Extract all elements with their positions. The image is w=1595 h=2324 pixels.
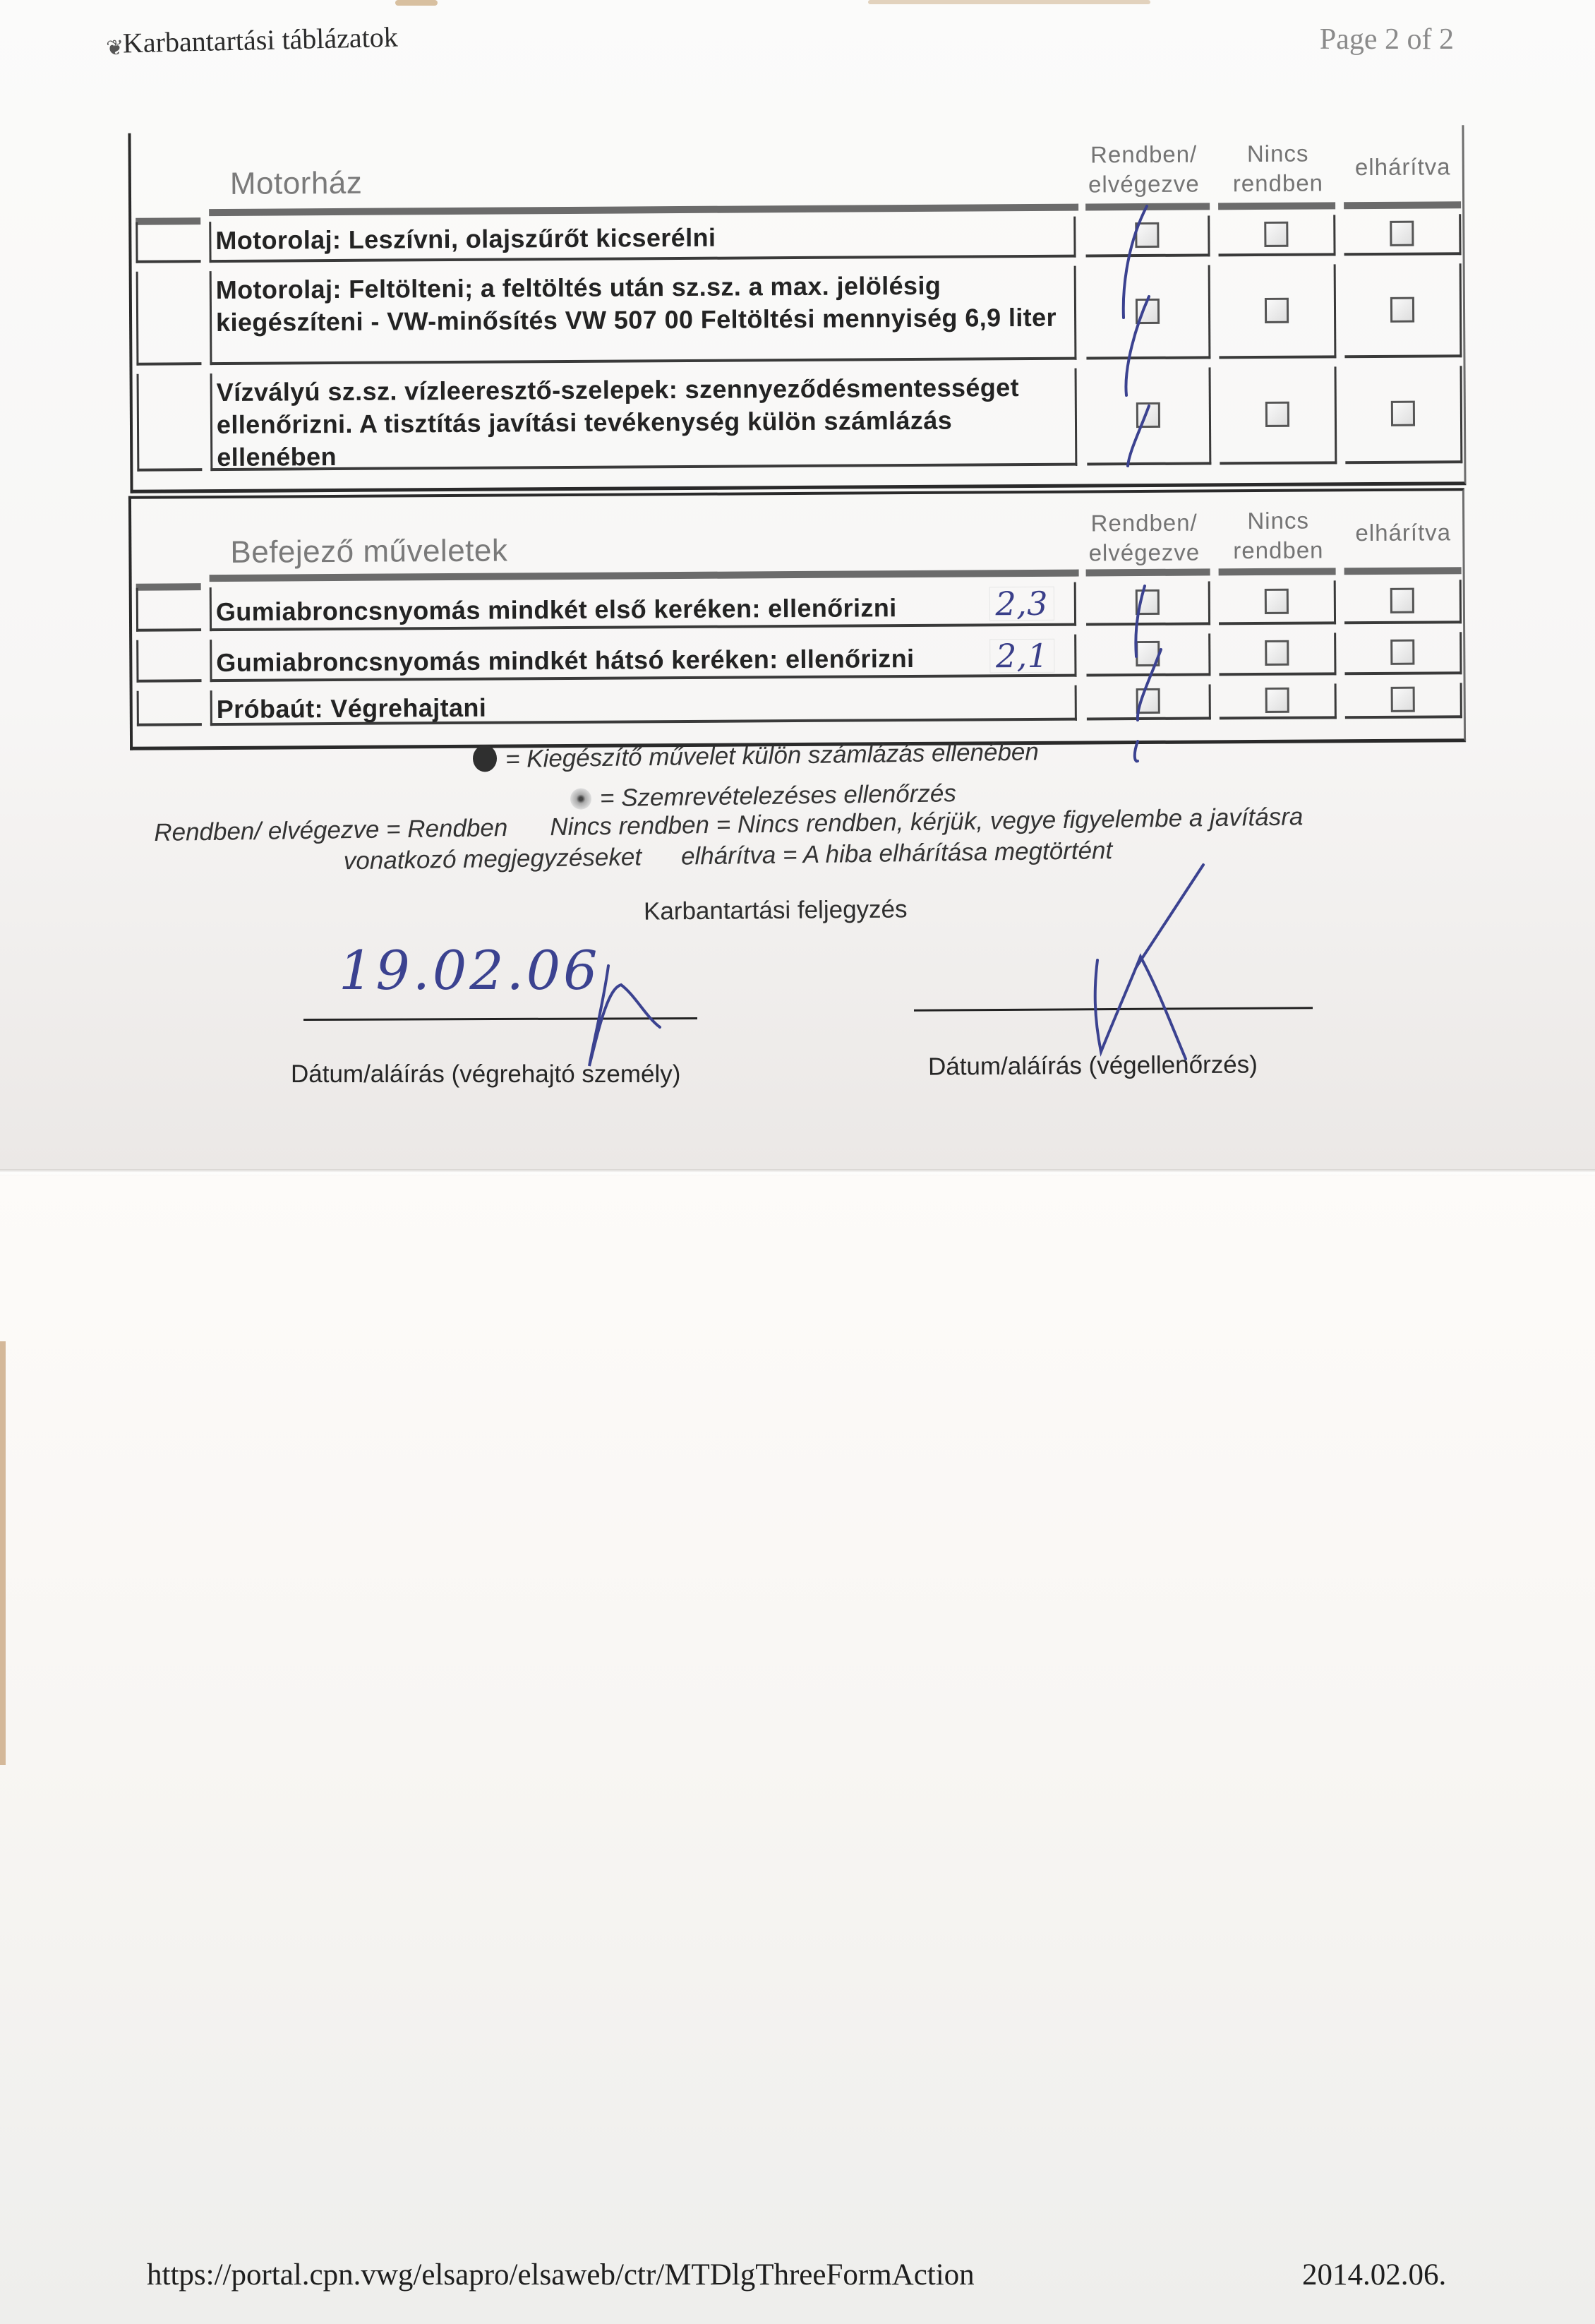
handwritten-rear-pressure: 2,1	[989, 639, 1055, 673]
column-header-rendben: Rendben/ elvégezve	[1077, 508, 1212, 568]
column-header-line: elvégezve	[1077, 537, 1211, 568]
column-header-line: Rendben/	[1077, 139, 1211, 169]
checkbox-rendben[interactable]	[1136, 402, 1160, 428]
footer-url: https://portal.cpn.vwg/elsapro/elsaweb/c…	[147, 2258, 975, 2292]
row-stub	[136, 640, 201, 683]
table-row: Próbaút: Végrehajtani	[133, 677, 1464, 729]
cell-elharitva	[1344, 263, 1462, 358]
row-text: Motorolaj: Leszívni, olajszűrőt kicserél…	[209, 217, 1076, 263]
background-table-edge-top-right	[868, 0, 1150, 4]
paper-fold	[0, 1169, 1595, 1176]
cell-rendben	[1085, 215, 1210, 257]
column-header-nincs-rendben: Nincs rendben	[1211, 505, 1346, 565]
row-stub	[136, 587, 201, 632]
table-row: Gumiabroncsnyomás mindkét hátsó keréken:…	[132, 626, 1463, 685]
column-header-nincs-rendben: Nincs rendben	[1211, 138, 1346, 198]
column-header-line: Nincs	[1211, 505, 1345, 536]
table-row: Motorolaj: Feltölteni; a feltöltés után …	[132, 258, 1464, 369]
document-title-text: Karbantartási táblázatok	[122, 21, 398, 59]
checkbox-rendben[interactable]	[1136, 641, 1160, 666]
checkbox-elharitva[interactable]	[1390, 401, 1414, 426]
definition-nincs-rendben-cont: vonatkozó megjegyzéseket	[344, 843, 642, 875]
row-text-label: Gumiabroncsnyomás mindkét hátsó keréken:…	[216, 644, 914, 677]
checkbox-rendben[interactable]	[1135, 589, 1159, 615]
cell-nincs-rendben	[1220, 366, 1337, 465]
definition-elharitva: elhárítva = A hiba elhárítása megtörtént	[681, 837, 1113, 870]
cell-nincs-rendben	[1219, 633, 1336, 676]
column-header-rendben: Rendben/ elvégezve	[1077, 139, 1212, 199]
cell-nincs-rendben	[1219, 580, 1336, 625]
checkbox-elharitva[interactable]	[1390, 588, 1414, 613]
column-header-elharitva: elhárítva	[1340, 152, 1467, 182]
cell-elharitva	[1344, 214, 1461, 256]
definition-rendben: Rendben/ elvégezve = Rendben	[154, 814, 508, 846]
checkbox-elharitva[interactable]	[1390, 221, 1414, 246]
row-text: Gumiabroncsnyomás mindkét hátsó keréken:…	[210, 635, 1076, 683]
cell-elharitva	[1345, 366, 1463, 464]
row-stub	[136, 222, 200, 263]
handwritten-front-pressure: 2,3	[989, 587, 1054, 621]
background-table-edge	[0, 1341, 6, 1765]
checkbox-elharitva[interactable]	[1390, 687, 1414, 712]
section-title: Motorház	[230, 166, 363, 202]
checkbox-nincs-rendben[interactable]	[1265, 640, 1289, 666]
column-header-line: Rendben/	[1077, 508, 1211, 538]
row-text: Próbaút: Végrehajtani	[210, 685, 1077, 726]
background-table-edge-top	[395, 0, 438, 6]
table-row: Vízvályú sz.sz. vízleeresztő-szelepek: s…	[132, 360, 1464, 474]
checkbox-rendben[interactable]	[1135, 222, 1159, 248]
cell-rendben	[1087, 367, 1212, 465]
section-header: Befejező műveletek Rendben/ elvégezve Ni…	[131, 491, 1463, 577]
cell-elharitva	[1344, 580, 1462, 624]
checkbox-elharitva[interactable]	[1390, 297, 1414, 322]
checkbox-nincs-rendben[interactable]	[1264, 589, 1288, 614]
cell-elharitva	[1345, 683, 1462, 719]
final-check-signature-label: Dátum/aláírás (végellenőrzés)	[928, 1050, 1258, 1081]
column-header-line: Nincs	[1211, 138, 1345, 169]
cell-rendben	[1087, 684, 1211, 720]
section-header: Motorház Rendben/ elvégezve Nincs rendbe…	[131, 125, 1462, 211]
column-header-elharitva: elhárítva	[1340, 517, 1467, 548]
print-header: ❦Karbantartási táblázatok Page 2 of 2	[106, 21, 1454, 64]
row-stub	[137, 690, 202, 726]
table-row: Motorolaj: Leszívni, olajszűrőt kicserél…	[131, 208, 1462, 266]
checkbox-rendben[interactable]	[1136, 688, 1160, 714]
cell-nincs-rendben	[1220, 683, 1337, 719]
row-stub	[137, 373, 203, 472]
row-text-label: Gumiabroncsnyomás mindkét első keréken: …	[216, 593, 897, 626]
page-indicator: Page 2 of 2	[1320, 23, 1454, 56]
cell-rendben	[1086, 633, 1210, 676]
table-row: Gumiabroncsnyomás mindkét első keréken: …	[132, 574, 1463, 635]
cell-elharitva	[1344, 632, 1462, 675]
cell-nincs-rendben	[1218, 215, 1335, 256]
section-motorhaz: Motorház Rendben/ elvégezve Nincs rendbe…	[128, 125, 1466, 493]
paper-lower-half	[0, 1172, 1595, 2324]
cell-nincs-rendben	[1219, 264, 1337, 359]
checkbox-elharitva[interactable]	[1390, 640, 1414, 665]
section-befejezo-muveletek: Befejező műveletek Rendben/ elvégezve Ni…	[128, 488, 1466, 750]
maintenance-log-title: Karbantartási feljegyzés	[644, 895, 908, 926]
checkbox-nincs-rendben[interactable]	[1264, 297, 1288, 323]
row-text: Gumiabroncsnyomás mindkét első keréken: …	[210, 582, 1076, 632]
checkbox-nincs-rendben[interactable]	[1265, 688, 1289, 713]
row-text: Motorolaj: Feltölteni; a feltöltés után …	[210, 266, 1077, 365]
footer-date: 2014.02.06.	[1302, 2258, 1446, 2292]
row-text: Vízvályú sz.sz. vízleeresztő-szelepek: s…	[210, 369, 1078, 471]
executor-signature-label: Dátum/aláírás (végrehajtó személy)	[291, 1060, 680, 1089]
checkbox-nincs-rendben[interactable]	[1264, 222, 1288, 247]
handwritten-date: 19.02.06	[339, 939, 600, 1002]
cell-rendben	[1086, 265, 1211, 359]
column-header-line: rendben	[1211, 535, 1345, 565]
column-header-line: elvégezve	[1077, 169, 1211, 199]
document-title: ❦Karbantartási táblázatok	[105, 20, 398, 60]
visual-inspection-icon	[570, 788, 591, 809]
cell-rendben	[1086, 581, 1210, 625]
column-header-line: rendben	[1211, 168, 1345, 198]
staple-icon: ❦	[106, 35, 121, 56]
checkbox-rendben[interactable]	[1135, 298, 1159, 323]
checkbox-nincs-rendben[interactable]	[1265, 402, 1289, 427]
filled-circle-icon	[473, 745, 498, 772]
row-stub	[136, 271, 202, 366]
section-title: Befejező műveletek	[230, 534, 507, 570]
